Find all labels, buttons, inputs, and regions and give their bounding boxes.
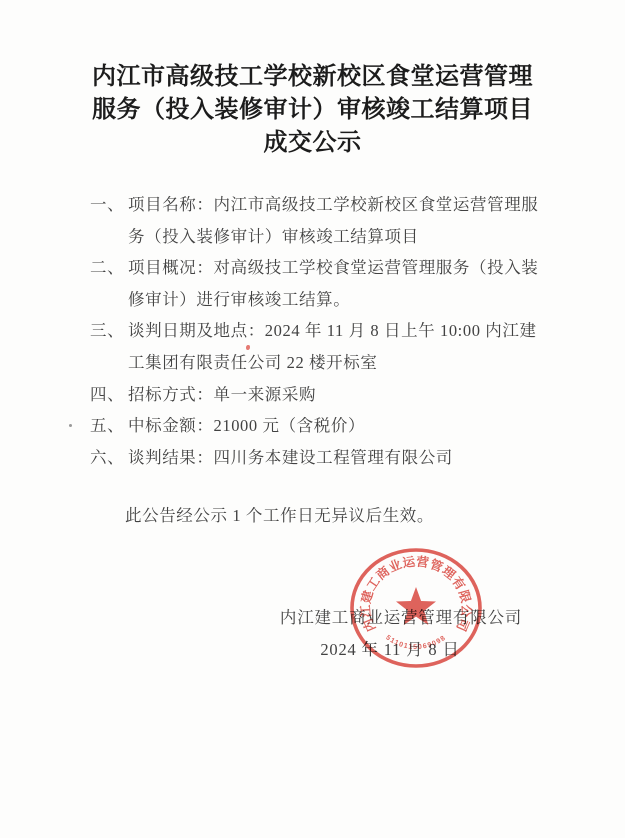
item-number: 六、 xyxy=(90,442,128,474)
closing-statement: 此公告经公示 1 个工作日无异议后生效。 xyxy=(125,500,434,531)
seal-star-icon xyxy=(396,587,436,625)
item-number: 二、 xyxy=(90,252,128,284)
item-text: 谈判日期及地点：2024 年 11 月 8 日上午 10:00 内江建 工集团有… xyxy=(128,315,570,378)
item-text: 项目名称：内江市高级技工学校新校区食堂运营管理服 务（投入装修审计）审核竣工结算… xyxy=(128,189,570,252)
scan-speck-gray xyxy=(69,424,72,427)
list-item-bidding-method: 四、 招标方式：单一来源采购 xyxy=(90,379,570,411)
item-text: 项目概况：对高级技工学校食堂运营管理服务（投入装 修审计）进行审核竣工结算。 xyxy=(128,252,570,315)
list-item-negotiation-datetime: 三、 谈判日期及地点：2024 年 11 月 8 日上午 10:00 内江建 工… xyxy=(90,315,570,378)
seal-serial-number: 5110115069098 xyxy=(384,634,447,651)
list-item-negotiation-result: 六、 谈判结果：四川务本建设工程管理有限公司 xyxy=(90,442,570,474)
notice-item-list: 一、 项目名称：内江市高级技工学校新校区食堂运营管理服 务（投入装修审计）审核竣… xyxy=(90,189,570,473)
item-text: 招标方式：单一来源采购 xyxy=(128,379,570,411)
item-text: 谈判结果：四川务本建设工程管理有限公司 xyxy=(128,442,570,474)
scanned-notice-page: 内江市高级技工学校新校区食堂运营管理 服务（投入装修审计）审核竣工结算项目 成交… xyxy=(0,0,625,838)
item-number: 四、 xyxy=(90,379,128,411)
item-number: 三、 xyxy=(90,315,128,347)
item-number: 五、 xyxy=(90,410,128,442)
official-seal: 内江建工商业运营管理有限公司 5110115069098 xyxy=(347,546,485,674)
list-item-project-name: 一、 项目名称：内江市高级技工学校新校区食堂运营管理服 务（投入装修审计）审核竣… xyxy=(90,189,570,252)
title-line-2: 服务（投入装修审计）审核竣工结算项目 xyxy=(0,93,625,126)
list-item-award-amount: 五、 中标金额：21000 元（含税价） xyxy=(90,410,570,442)
item-number: 一、 xyxy=(90,189,128,221)
title-line-3: 成交公示 xyxy=(0,126,625,159)
item-text: 中标金额：21000 元（含税价） xyxy=(128,410,570,442)
title-line-1: 内江市高级技工学校新校区食堂运营管理 xyxy=(0,60,625,93)
list-item-project-overview: 二、 项目概况：对高级技工学校食堂运营管理服务（投入装 修审计）进行审核竣工结算… xyxy=(90,252,570,315)
notice-title: 内江市高级技工学校新校区食堂运营管理 服务（投入装修审计）审核竣工结算项目 成交… xyxy=(0,60,625,159)
